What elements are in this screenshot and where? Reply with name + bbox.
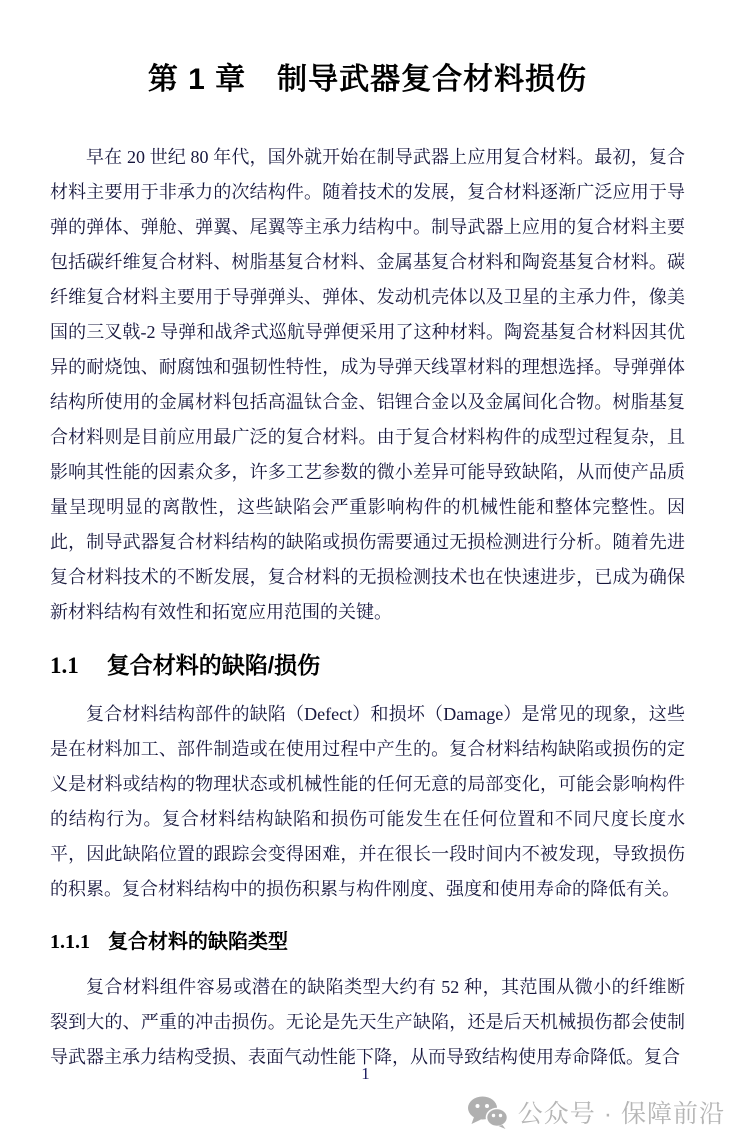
wechat-icon <box>467 1095 509 1129</box>
section-number: 1.1.1 <box>50 931 90 953</box>
section-1-1-paragraph: 复合材料结构部件的缺陷（Defect）和损坏（Damage）是常见的现象，这些是… <box>50 697 685 907</box>
section-title: 复合材料的缺陷类型 <box>108 931 288 953</box>
section-1-1-1-paragraph: 复合材料组件容易或潜在的缺陷类型大约有 52 种，其范围从微小的纤维断裂到大的、… <box>50 970 685 1075</box>
chapter-title: 第 1 章 制导武器复合材料损伤 <box>50 62 685 98</box>
section-number: 1.1 <box>50 653 79 678</box>
document-page: 第 1 章 制导武器复合材料损伤 早在 20 世纪 80 年代，国外就开始在制导… <box>0 0 731 1144</box>
watermark-text: 公众号 · 保障前沿 <box>518 1094 725 1130</box>
section-heading-1-1-1: 1.1.1复合材料的缺陷类型 <box>50 929 685 956</box>
intro-paragraph: 早在 20 世纪 80 年代，国外就开始在制导武器上应用复合材料。最初，复合材料… <box>50 140 685 630</box>
page-number: 1 <box>0 1064 731 1084</box>
section-heading-1-1: 1.1复合材料的缺陷/损伤 <box>50 650 685 681</box>
section-title: 复合材料的缺陷/损伤 <box>107 652 320 678</box>
watermark: 公众号 · 保障前沿 <box>467 1094 725 1130</box>
